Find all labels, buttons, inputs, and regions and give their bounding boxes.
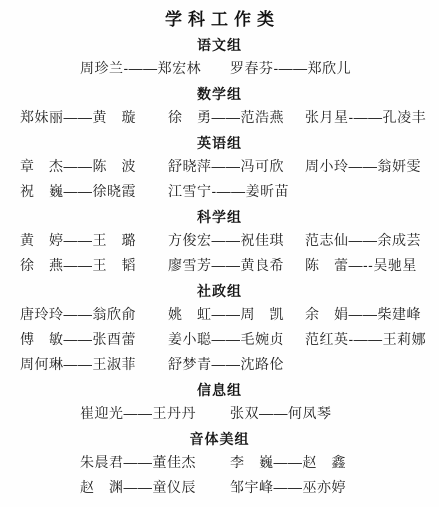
group-heading-5: 社政组: [0, 282, 439, 300]
group-heading-4: 科学组: [0, 208, 439, 226]
name-pair: 徐 燕——王 韬: [20, 253, 168, 278]
group-heading-7: 音体美组: [0, 430, 439, 448]
name-pair: 周何琳——王淑菲: [20, 352, 168, 377]
name-pair: 唐玲玲——翁欣俞: [20, 302, 168, 327]
name-pair: 罗春芬-——郑欣儿: [230, 56, 439, 81]
name-row: 章 杰——陈 波舒晓萍——冯可欣周小玲——翁妍雯: [0, 154, 439, 179]
name-pair: 方俊宏——祝佳琪: [168, 228, 305, 253]
name-row: 徐 燕——王 韬廖雪芳——黄良希陈 蕾—--吴驰星: [0, 253, 439, 278]
name-pair: 陈 蕾—--吴驰星: [305, 253, 439, 278]
document-page: 学科工作类 语文组周珍兰-——郑宏林罗春芬-——郑欣儿数学组郑妹丽——黄 璇徐 …: [0, 0, 439, 507]
name-pair: 黄 婷——王 璐: [20, 228, 168, 253]
group-heading-2: 数学组: [0, 85, 439, 103]
name-pair: 傅 敏——张酉蕾: [20, 327, 168, 352]
name-row: 郑妹丽——黄 璇徐 勇——范浩燕张月星-——孔凌丰: [0, 105, 439, 130]
name-pair: 江雪宁-——姜昕苗: [168, 179, 305, 204]
name-pair: 廖雪芳——黄良希: [168, 253, 305, 278]
name-pair: 姚 虹——周 凯: [168, 302, 305, 327]
name-row: 朱晨君——董佳杰李 巍——赵 鑫: [0, 450, 439, 475]
name-pair: 李 巍——赵 鑫: [230, 450, 439, 475]
name-pair: 周小玲——翁妍雯: [305, 154, 439, 179]
name-pair: 姜小聪——毛婉贞: [168, 327, 305, 352]
name-pair: 周珍兰-——郑宏林: [80, 56, 230, 81]
name-row: 赵 渊——童仪辰邹宇峰——巫亦婷: [0, 475, 439, 500]
name-pair: 赵 渊——童仪辰: [80, 475, 230, 500]
group-heading-1: 语文组: [0, 36, 439, 54]
group-heading-3: 英语组: [0, 134, 439, 152]
group-heading-6: 信息组: [0, 381, 439, 399]
name-row: 傅 敏——张酉蕾姜小聪——毛婉贞范红英-——王莉娜: [0, 327, 439, 352]
page-title: 学科工作类: [0, 8, 439, 32]
name-pair: 张双——何凤琴: [230, 401, 439, 426]
name-row: 周何琳——王淑菲舒梦青——沈路伦: [0, 352, 439, 377]
name-pair: 舒晓萍——冯可欣: [168, 154, 305, 179]
name-pair: 邹宇峰——巫亦婷: [230, 475, 439, 500]
name-pair: 章 杰——陈 波: [20, 154, 168, 179]
name-row: 崔迎光——王丹丹张双——何凤琴: [0, 401, 439, 426]
name-row: 黄 婷——王 璐方俊宏——祝佳琪范志仙——余成芸: [0, 228, 439, 253]
name-row: 周珍兰-——郑宏林罗春芬-——郑欣儿: [0, 56, 439, 81]
name-pair: 朱晨君——董佳杰: [80, 450, 230, 475]
name-pair: 余 娟——柴建峰: [305, 302, 439, 327]
name-row: 祝 巍——徐晓霞江雪宁-——姜昕苗: [0, 179, 439, 204]
name-pair: 舒梦青——沈路伦: [168, 352, 305, 377]
name-pair: 祝 巍——徐晓霞: [20, 179, 168, 204]
name-row: 唐玲玲——翁欣俞姚 虹——周 凯余 娟——柴建峰: [0, 302, 439, 327]
name-pair: 范红英-——王莉娜: [305, 327, 439, 352]
name-pair: 范志仙——余成芸: [305, 228, 439, 253]
name-pair: 徐 勇——范浩燕: [168, 105, 305, 130]
name-pair: 张月星-——孔凌丰: [305, 105, 439, 130]
name-pair: 郑妹丽——黄 璇: [20, 105, 168, 130]
sections-container: 语文组周珍兰-——郑宏林罗春芬-——郑欣儿数学组郑妹丽——黄 璇徐 勇——范浩燕…: [0, 36, 439, 500]
name-pair: 崔迎光——王丹丹: [80, 401, 230, 426]
